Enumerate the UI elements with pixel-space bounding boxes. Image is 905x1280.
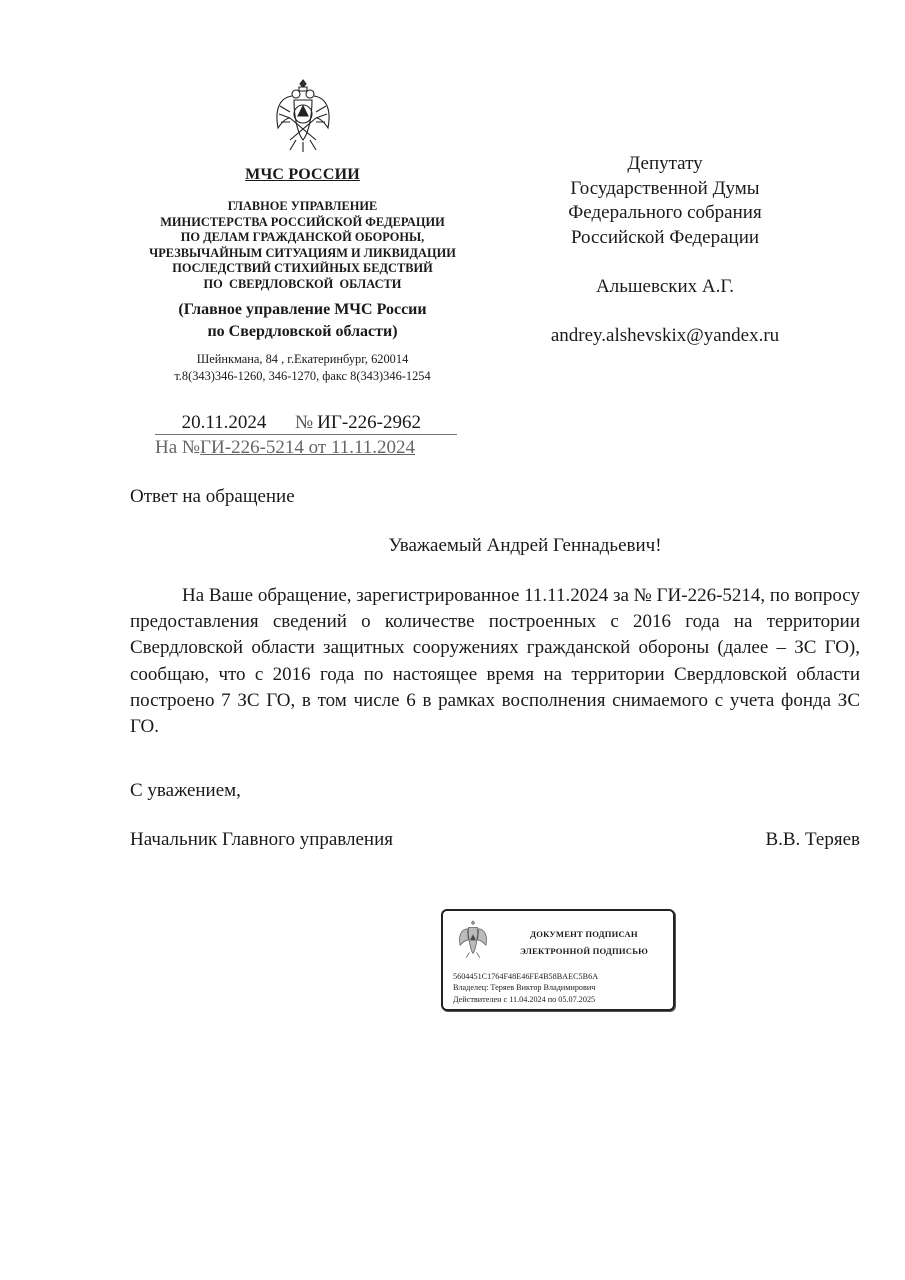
recipient-name: Альшевских А.Г. [520,275,810,300]
document-date: 20.11.2024 [155,412,293,434]
letterhead: МЧС РОССИИ ГЛАВНОЕ УПРАВЛЕНИЕ МИНИСТЕРСТ… [120,78,485,385]
in-reply-to: ГИ-226-5214 от 11.11.2024 [200,437,415,458]
org-full-line: ПО ДЕЛАМ ГРАЖДАНСКОЙ ОБОРОНЫ, [120,230,485,246]
org-short-name: МЧС РОССИИ [120,166,485,184]
signer-position: Начальник Главного управления [130,829,393,851]
org-paren-line: (Главное управление МЧС России [120,299,485,321]
certificate-serial: 5604451C1764F48E46FE4B58BAEC5B6A [453,971,598,982]
org-paren-line: по Свердловской области) [120,321,485,343]
certificate-owner: Владелец: Теряев Виктор Владимирович [453,982,598,993]
emchs-eagle-emblem-icon [272,78,334,154]
recipient-block: Депутату Государственной Думы Федерально… [520,152,810,348]
recipient-line: Федерального собрания [520,201,810,226]
salutation: Уважаемый Андрей Геннадьевич! [130,535,860,557]
signer-name: В.В. Теряев [765,829,860,851]
e-signature-stamp: ДОКУМЕНТ ПОДПИСАН ЭЛЕКТРОННОЙ ПОДПИСЬЮ 5… [441,909,675,1011]
certificate-validity: Действителен с 11.04.2024 по 05.07.2025 [453,994,598,1005]
phone-line: т.8(343)346-1260, 346-1270, факс 8(343)3… [120,368,485,385]
recipient-line: Государственной Думы [520,177,810,202]
stamp-details: 5604451C1764F48E46FE4B58BAEC5B6A Владеле… [453,971,598,1005]
address-line: Шейнкмана, 84 , г.Екатеринбург, 620014 [120,351,485,368]
letter-body: На Ваше обращение, зарегистрированное 11… [130,583,860,740]
document-number: ИГ-226-2962 [313,412,457,434]
in-reply-prefix: На № [155,437,200,458]
stamp-title-line: ЭЛЕКТРОННОЙ ПОДПИСЬЮ [499,943,669,960]
number-sign: № [295,412,313,434]
signature-row: Начальник Главного управления В.В. Теряе… [130,829,860,851]
org-full-name: ГЛАВНОЕ УПРАВЛЕНИЕ МИНИСТЕРСТВА РОССИЙСК… [120,199,485,293]
letter-page: МЧС РОССИИ ГЛАВНОЕ УПРАВЛЕНИЕ МИНИСТЕРСТ… [0,0,905,1280]
emchs-eagle-emblem-icon [457,919,489,959]
stamp-title-line: ДОКУМЕНТ ПОДПИСАН [499,926,669,943]
letter-subject: Ответ на обращение [130,486,295,508]
in-reply-line: На №ГИ-226-5214 от 11.11.2024 [155,437,457,459]
stamp-title: ДОКУМЕНТ ПОДПИСАН ЭЛЕКТРОННОЙ ПОДПИСЬЮ [499,926,669,960]
closing: С уважением, [130,780,241,802]
outgoing-number-line: 20.11.2024 № ИГ-226-2962 [155,410,457,435]
org-full-line: ЧРЕЗВЫЧАЙНЫМ СИТУАЦИЯМ И ЛИКВИДАЦИИ [120,246,485,262]
org-full-line: ПО СВЕРДЛОВСКОЙ ОБЛАСТИ [120,277,485,293]
org-full-line: ПОСЛЕДСТВИЙ СТИХИЙНЫХ БЕДСТВИЙ [120,261,485,277]
org-full-line: ГЛАВНОЕ УПРАВЛЕНИЕ [120,199,485,215]
org-address: Шейнкмана, 84 , г.Екатеринбург, 620014 т… [120,351,485,385]
org-short-paren: (Главное управление МЧС России по Свердл… [120,299,485,343]
recipient-line: Депутату [520,152,810,177]
org-full-line: МИНИСТЕРСТВА РОССИЙСКОЙ ФЕДЕРАЦИИ [120,215,485,231]
recipient-line: Российской Федерации [520,226,810,251]
document-reference: 20.11.2024 № ИГ-226-2962 На №ГИ-226-5214… [155,410,457,459]
recipient-email: andrey.alshevskix@yandex.ru [520,324,810,349]
